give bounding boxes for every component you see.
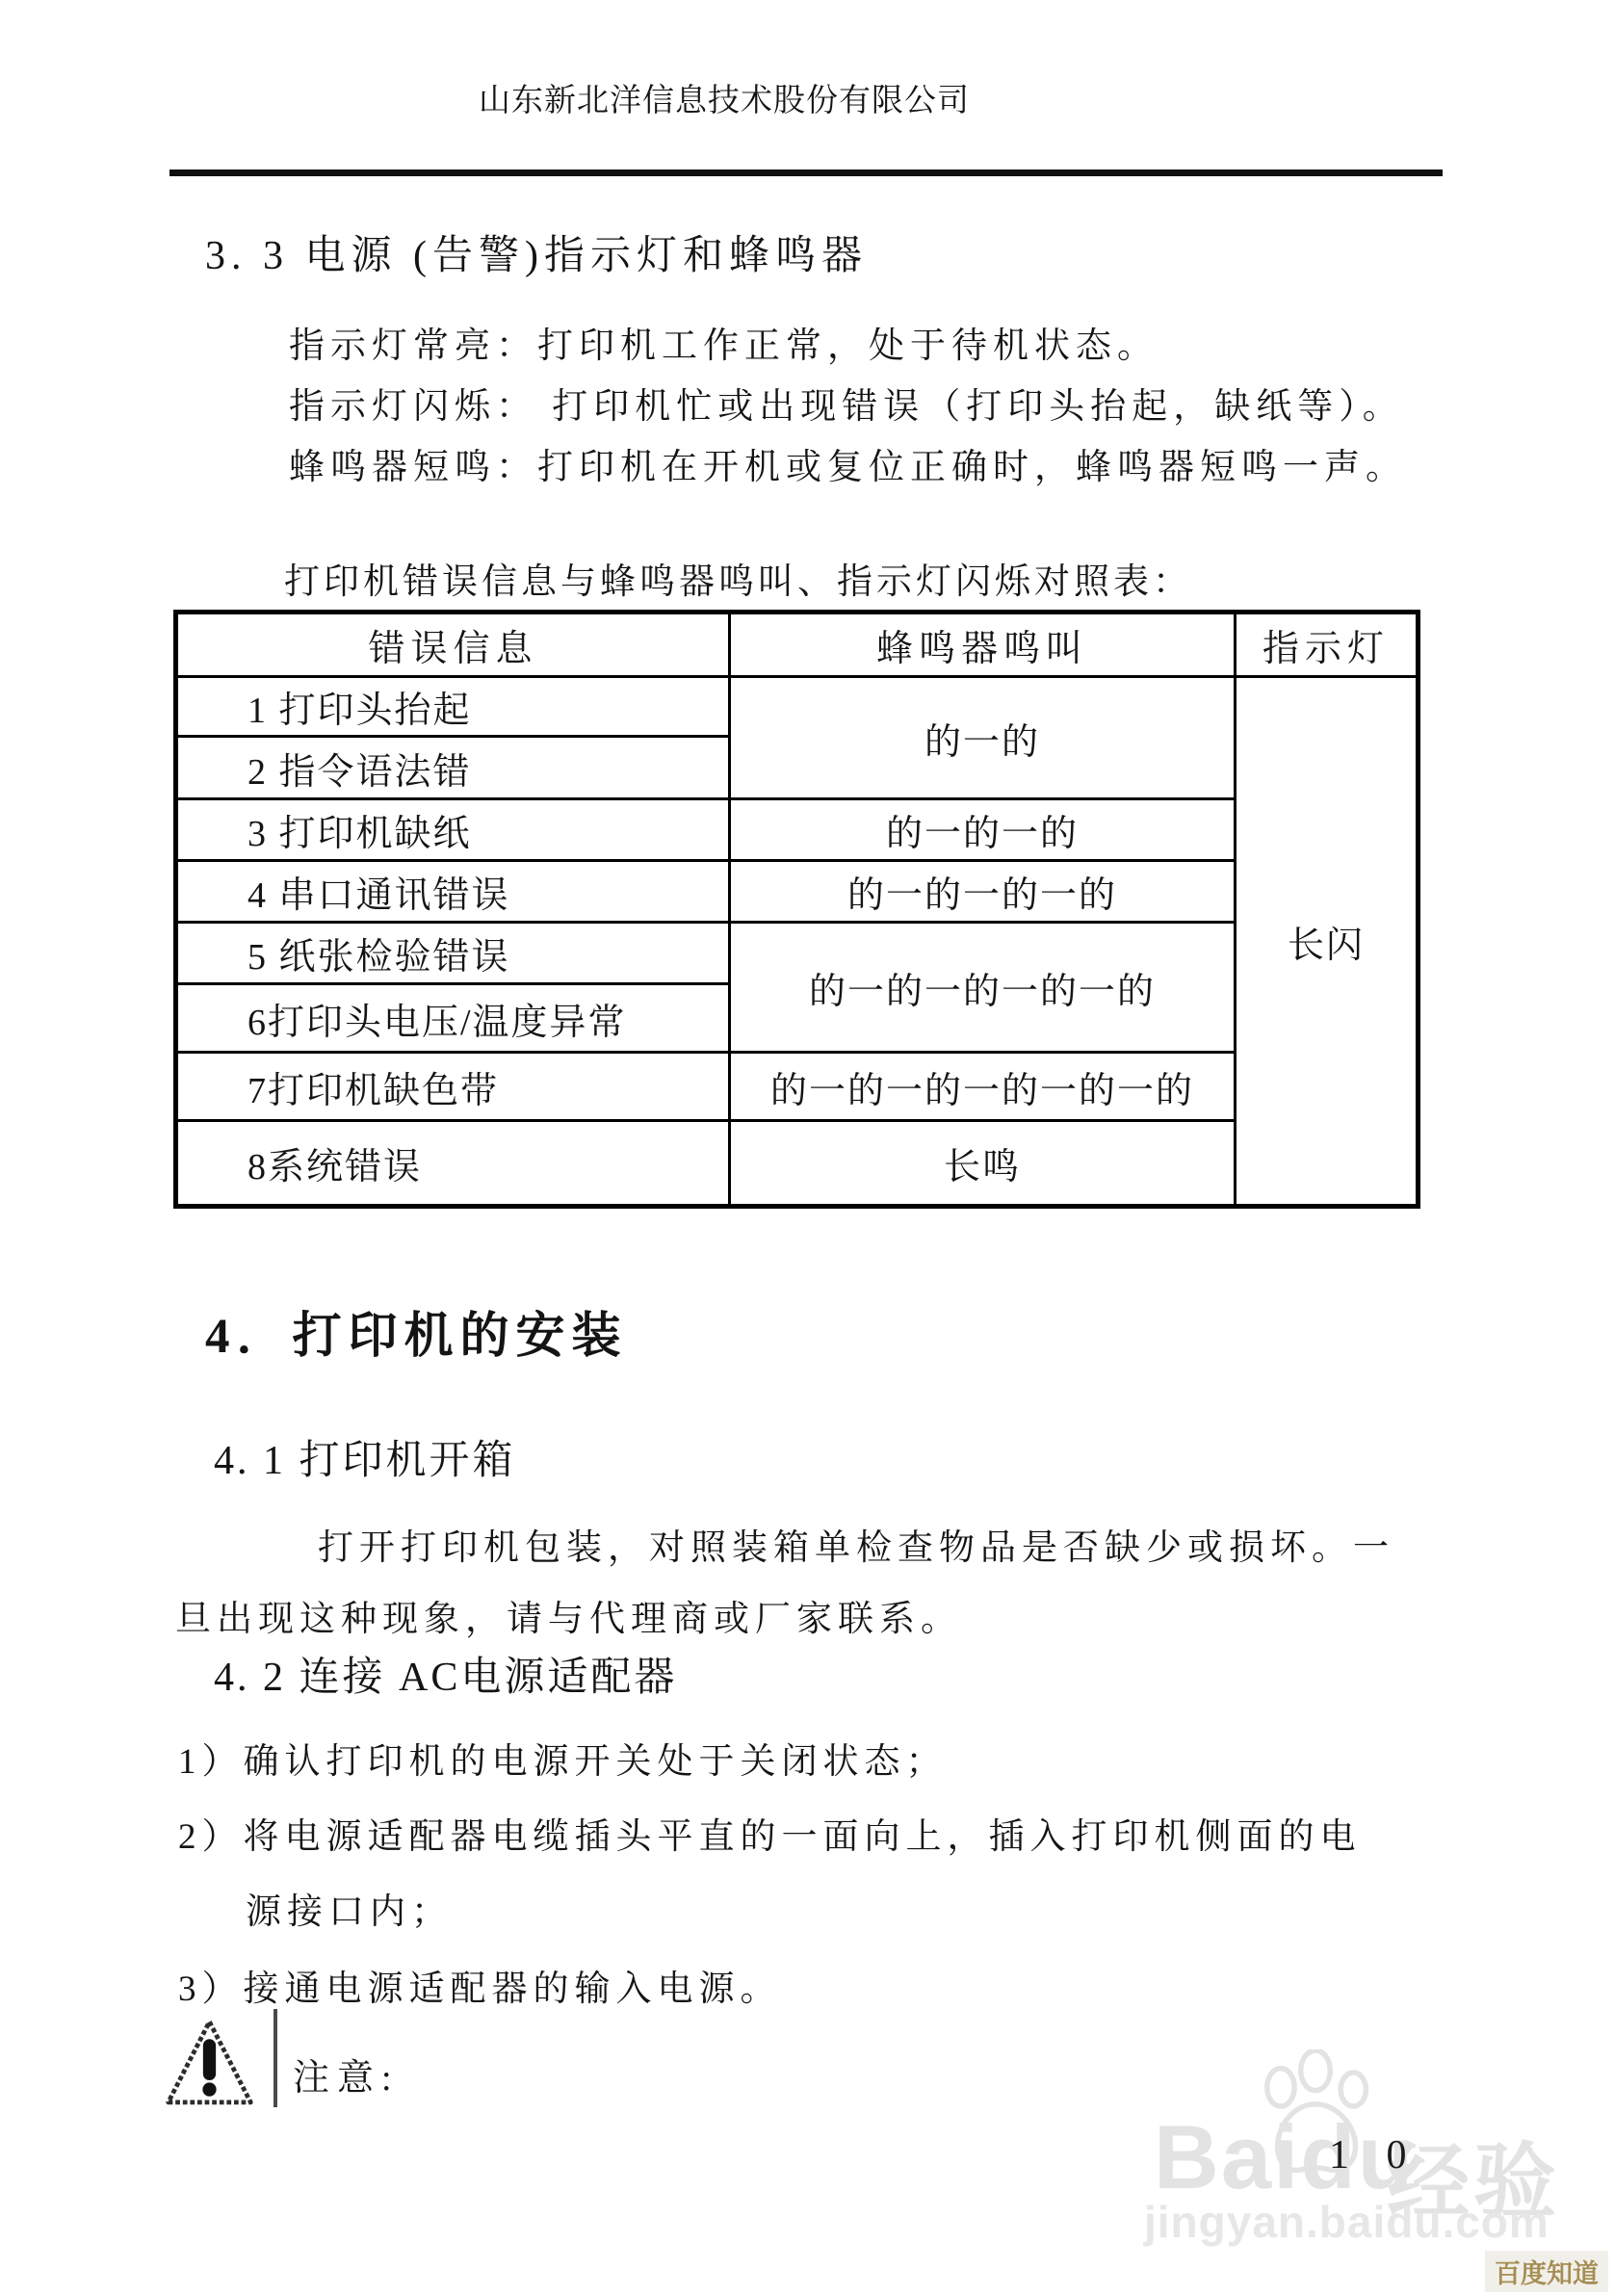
manual-page: 山东新北洋信息技术股份有限公司 3. 3 电源 (告警)指示灯和蜂鸣器 指示灯常…	[0, 0, 1614, 2296]
warning-triangle-icon	[164, 2015, 255, 2111]
col-header-led: 指示灯	[1236, 613, 1419, 677]
table-header-row: 错误信息 蜂鸣器鸣叫 指示灯	[176, 613, 1419, 677]
section-4-2-heading: 4. 2 连接 AC电源适配器	[214, 1645, 677, 1703]
beep-cell-1-2: 的一的	[730, 677, 1236, 799]
error-cell-3: 3 打印机缺纸	[176, 799, 730, 861]
indicator-steady-line: 指示灯常亮：打印机工作正常，处于待机状态。	[289, 316, 1158, 368]
error-cell-6: 6打印头电压/温度异常	[176, 984, 730, 1053]
beep-cell-8: 长鸣	[730, 1121, 1236, 1207]
error-cell-5: 5 纸张检验错误	[176, 923, 730, 984]
col-header-error: 错误信息	[176, 613, 730, 677]
header-rule	[169, 170, 1443, 176]
company-header: 山东新北洋信息技术股份有限公司	[479, 75, 970, 120]
unbox-paragraph-line-1: 打开打印机包装，对照装箱单检查物品是否缺少或损坏。一	[318, 1518, 1394, 1570]
page-number: 1 0	[1329, 2132, 1420, 2179]
error-cell-2: 2 指令语法错	[176, 737, 730, 799]
error-beep-indicator-table: 错误信息 蜂鸣器鸣叫 指示灯 1 打印头抬起 的一的 长闪 2 指令语法错 3 …	[173, 610, 1420, 1209]
led-cell-all: 长闪	[1236, 677, 1419, 1207]
jingyan-url-watermark: jingyan.baidu.com	[1144, 2196, 1549, 2248]
list-item-2-line-2: 源接口内；	[246, 1882, 453, 1934]
beep-cell-3: 的一的一的	[730, 799, 1236, 861]
table-row: 8系统错误 长鸣	[176, 1121, 1419, 1207]
list-item-2-line-1: 2）将电源适配器电缆插头平直的一面向上，插入打印机侧面的电	[178, 1807, 1362, 1859]
col-header-beep: 蜂鸣器鸣叫	[730, 613, 1236, 677]
error-cell-4: 4 串口通讯错误	[176, 861, 730, 923]
baidu-zhidao-badge: 百度知道	[1485, 2251, 1608, 2292]
beep-cell-4: 的一的一的一的	[730, 861, 1236, 923]
indicator-blink-line: 指示灯闪烁： 打印机忙或出现错误（打印头抬起，缺纸等）。	[289, 377, 1404, 429]
section-3-3-heading: 3. 3 电源 (告警)指示灯和蜂鸣器	[205, 223, 868, 281]
section-4-heading: 4．打印机的安装	[205, 1295, 628, 1367]
table-row: 4 串口通讯错误 的一的一的一的	[176, 861, 1419, 923]
table-row: 7打印机缺色带 的一的一的一的一的一的	[176, 1053, 1419, 1121]
unbox-paragraph-line-2: 旦出现这种现象，请与代理商或厂家联系。	[175, 1589, 962, 1641]
notice-label: 注意:	[293, 2048, 400, 2100]
section-4-1-heading: 4. 1 打印机开箱	[214, 1428, 516, 1486]
table-row: 5 纸张检验错误 的一的一的一的一的	[176, 923, 1419, 984]
error-cell-8: 8系统错误	[176, 1121, 730, 1207]
list-item-1: 1）确认打印机的电源开关处于关闭状态；	[178, 1732, 948, 1784]
table-intro: 打印机错误信息与蜂鸣器鸣叫、指示灯闪烁对照表：	[284, 552, 1192, 604]
warning-divider	[273, 2009, 277, 2107]
error-cell-7: 7打印机缺色带	[176, 1053, 730, 1121]
table-row: 3 打印机缺纸 的一的一的	[176, 799, 1419, 861]
error-cell-1: 1 打印头抬起	[176, 677, 730, 737]
table-row: 1 打印头抬起 的一的 长闪	[176, 677, 1419, 737]
beep-cell-7: 的一的一的一的一的一的	[730, 1053, 1236, 1121]
list-item-3: 3）接通电源适配器的输入电源。	[178, 1959, 782, 2011]
beep-cell-5-6: 的一的一的一的一的	[730, 923, 1236, 1053]
beeper-short-line: 蜂鸣器短鸣：打印机在开机或复位正确时，蜂鸣器短鸣一声。	[289, 437, 1407, 489]
